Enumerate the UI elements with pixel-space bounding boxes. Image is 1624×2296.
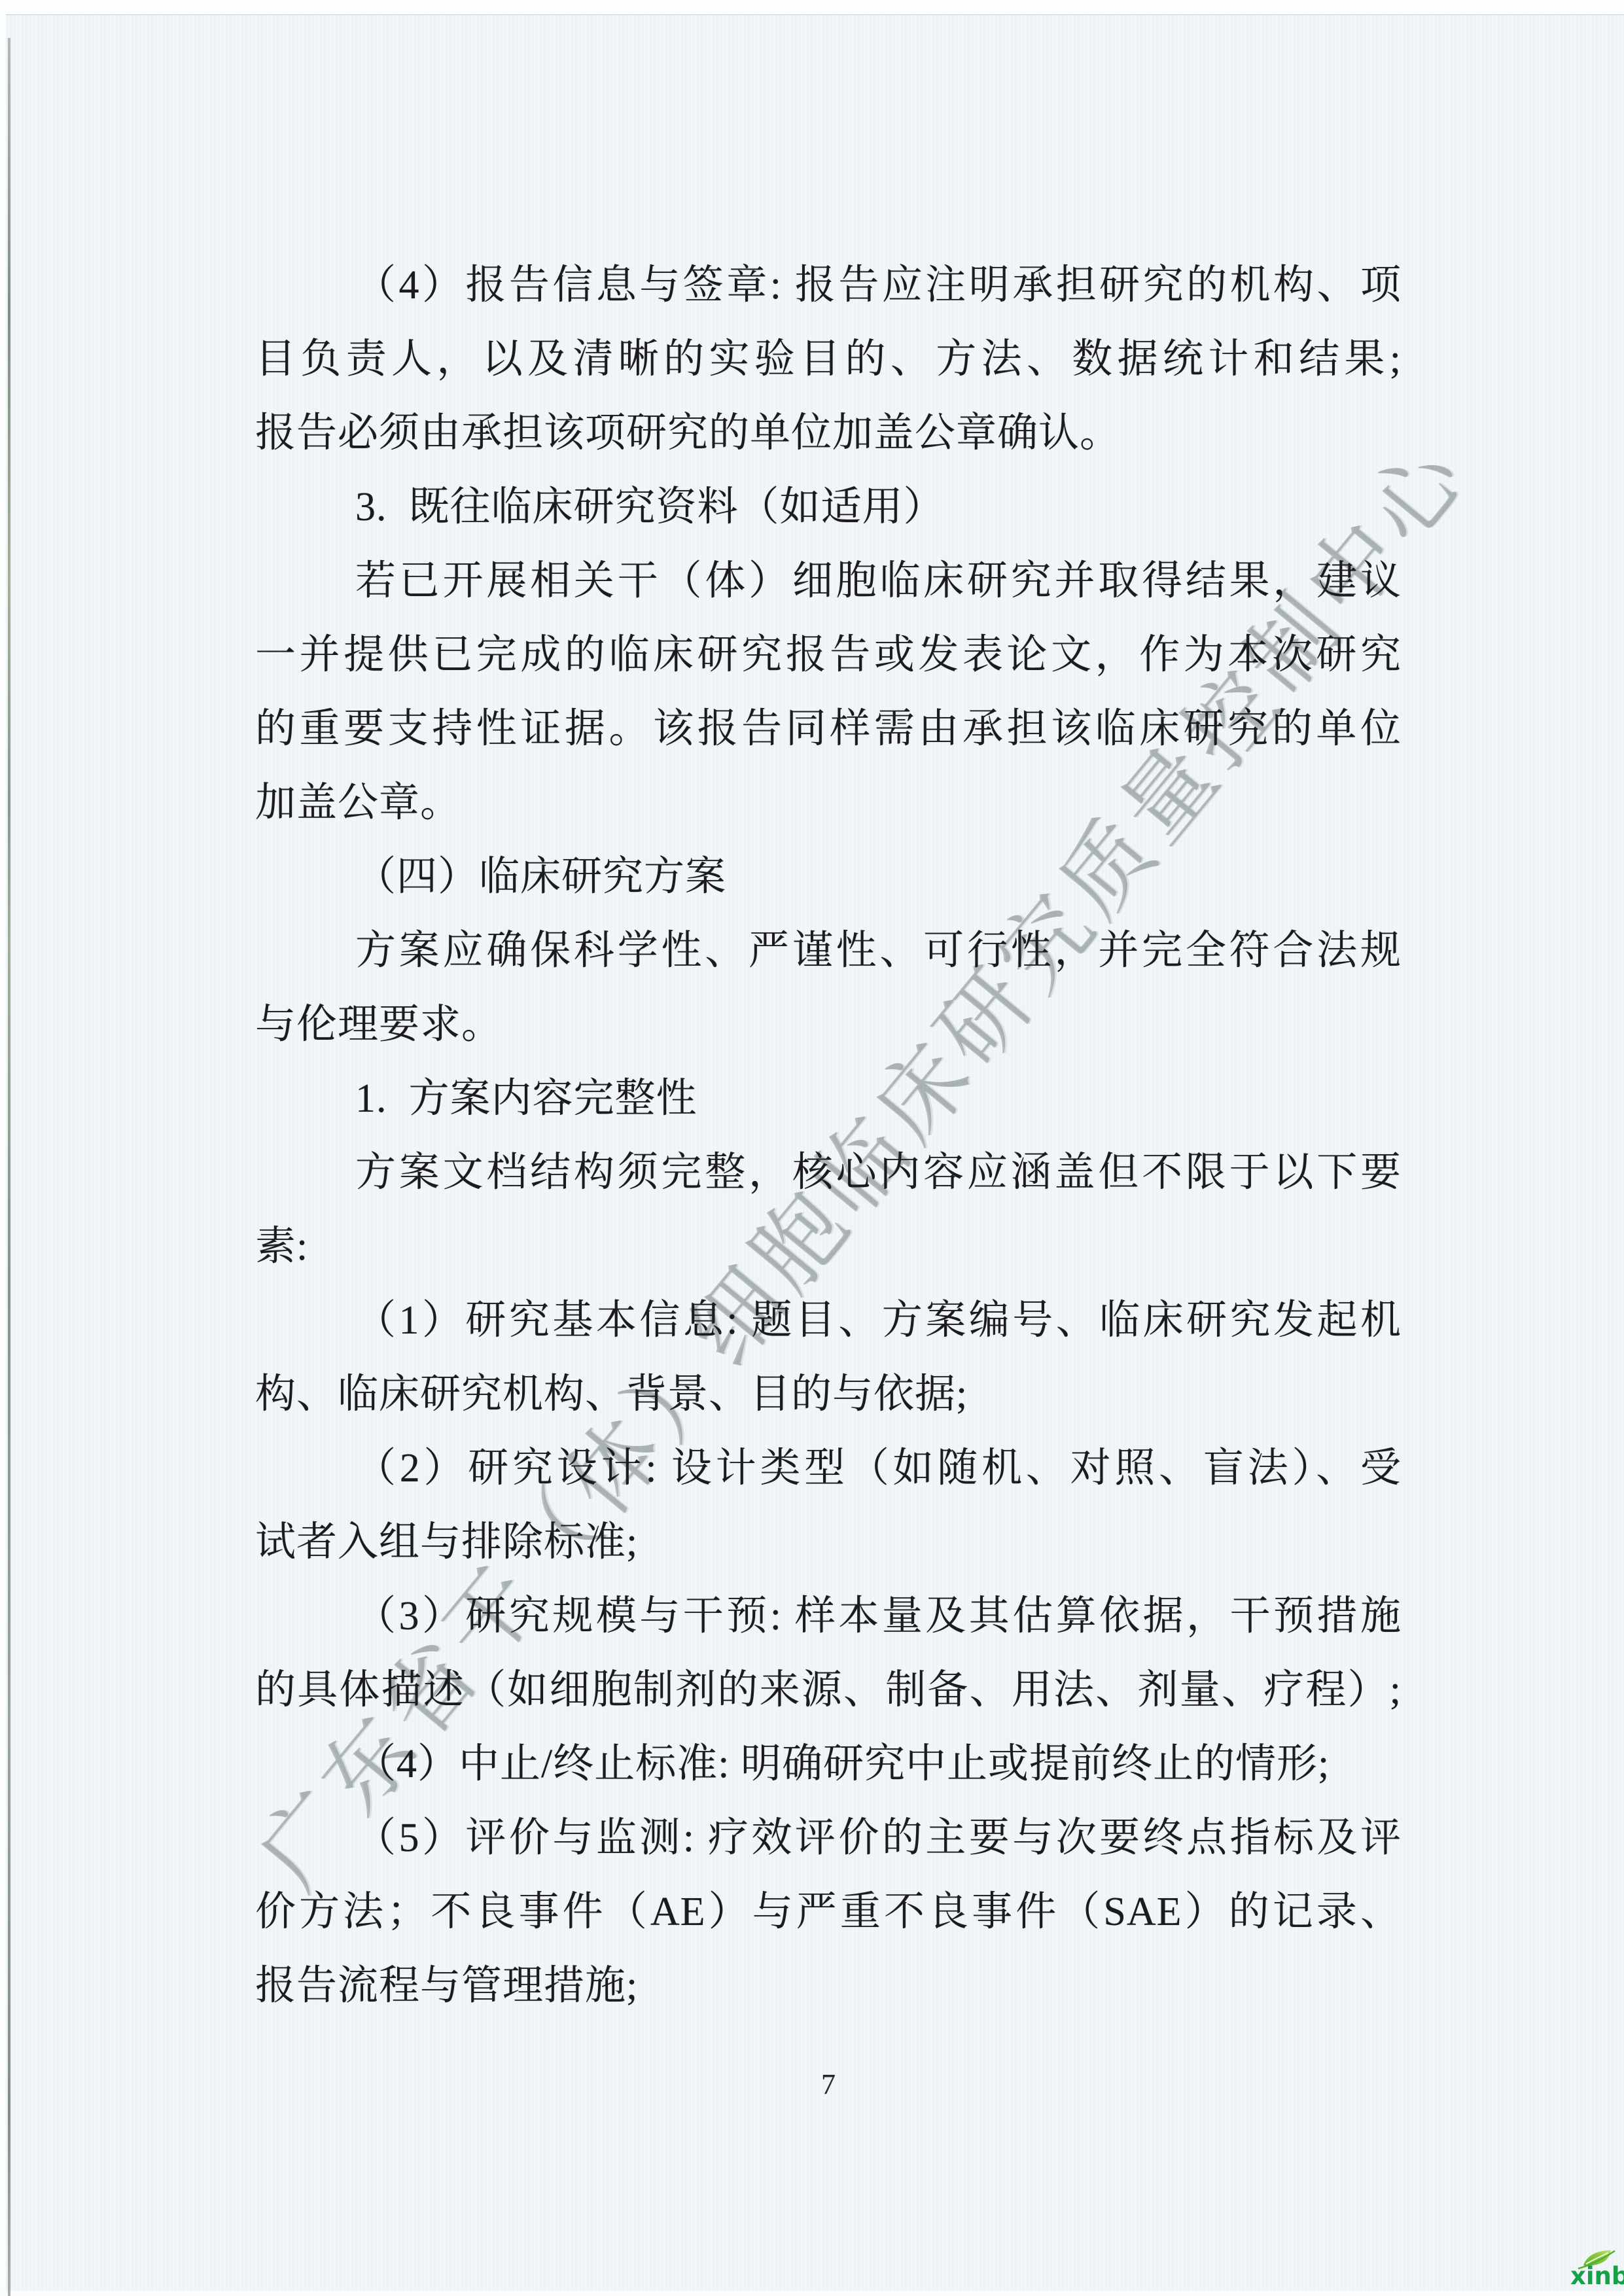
text-line: 1. 方案内容完整性 [255,1062,1402,1136]
text-line: 方案应确保科学性、严谨性、可行性，并完全符合法规 [255,914,1402,988]
logo-text: xinbo [1570,2264,1624,2288]
text-line: （5）评价与监测: 疗效评价的主要与次要终点指标及评 [255,1801,1402,1875]
text-line: 目负责人，以及清晰的实验目的、方法、数据统计和结果; [255,323,1402,397]
text-line: 报告必须由承担该项研究的单位加盖公章确认。 [255,397,1402,470]
scan-bottom-edge [0,2291,1624,2296]
text-line: （1）研究基本信息: 题目、方案编号、临床研究发起机 [255,1284,1402,1358]
document-text-block: （4）报告信息与签章: 报告应注明承担研究的机构、项目负责人，以及清晰的实验目的… [255,249,1402,2023]
scan-top-edge [0,0,1624,15]
text-line: 的具体描述（如细胞制剂的来源、制备、用法、剂量、疗程）; [255,1653,1402,1727]
text-line: （四）临床研究方案 [255,840,1402,914]
text-line: 方案文档结构须完整，核心内容应涵盖但不限于以下要 [255,1136,1402,1210]
text-line: 3. 既往临床研究资料（如适用） [255,470,1402,544]
text-line: （4）报告信息与签章: 报告应注明承担研究的机构、项 [255,249,1402,323]
text-line: （4）中止/终止标准: 明确研究中止或提前终止的情形; [255,1727,1402,1801]
text-line: 试者入组与排除标准; [255,1506,1402,1580]
text-line: 与伦理要求。 [255,988,1402,1062]
scanned-document-page: 广东省干（体）细胞临床研究质量控制中心 （4）报告信息与签章: 报告应注明承担研… [0,0,1624,2296]
text-line: 加盖公章。 [255,766,1402,840]
text-line: 构、临床研究机构、背景、目的与依据; [255,1358,1402,1432]
text-line: 一并提供已完成的临床研究报告或发表论文，作为本次研究 [255,618,1402,692]
text-line: 素: [255,1210,1402,1284]
text-line: （3）研究规模与干预: 样本量及其估算依据，干预措施 [255,1580,1402,1653]
page-number: 7 [255,2068,1402,2102]
scan-left-line [8,38,10,2296]
text-line: （2）研究设计: 设计类型（如随机、对照、盲法）、受 [255,1432,1402,1506]
text-line: 价方法；不良事件（AE）与严重不良事件（SAE）的记录、 [255,1875,1402,1949]
text-line: 若已开展相关干（体）细胞临床研究并取得结果，建议 [255,544,1402,618]
text-line: 报告流程与管理措施; [255,1949,1402,2023]
text-line: 的重要支持性证据。该报告同样需由承担该临床研究的单位 [255,692,1402,766]
xinbo-logo: xinbo [1570,2247,1624,2293]
scan-left-edge [0,0,6,2296]
